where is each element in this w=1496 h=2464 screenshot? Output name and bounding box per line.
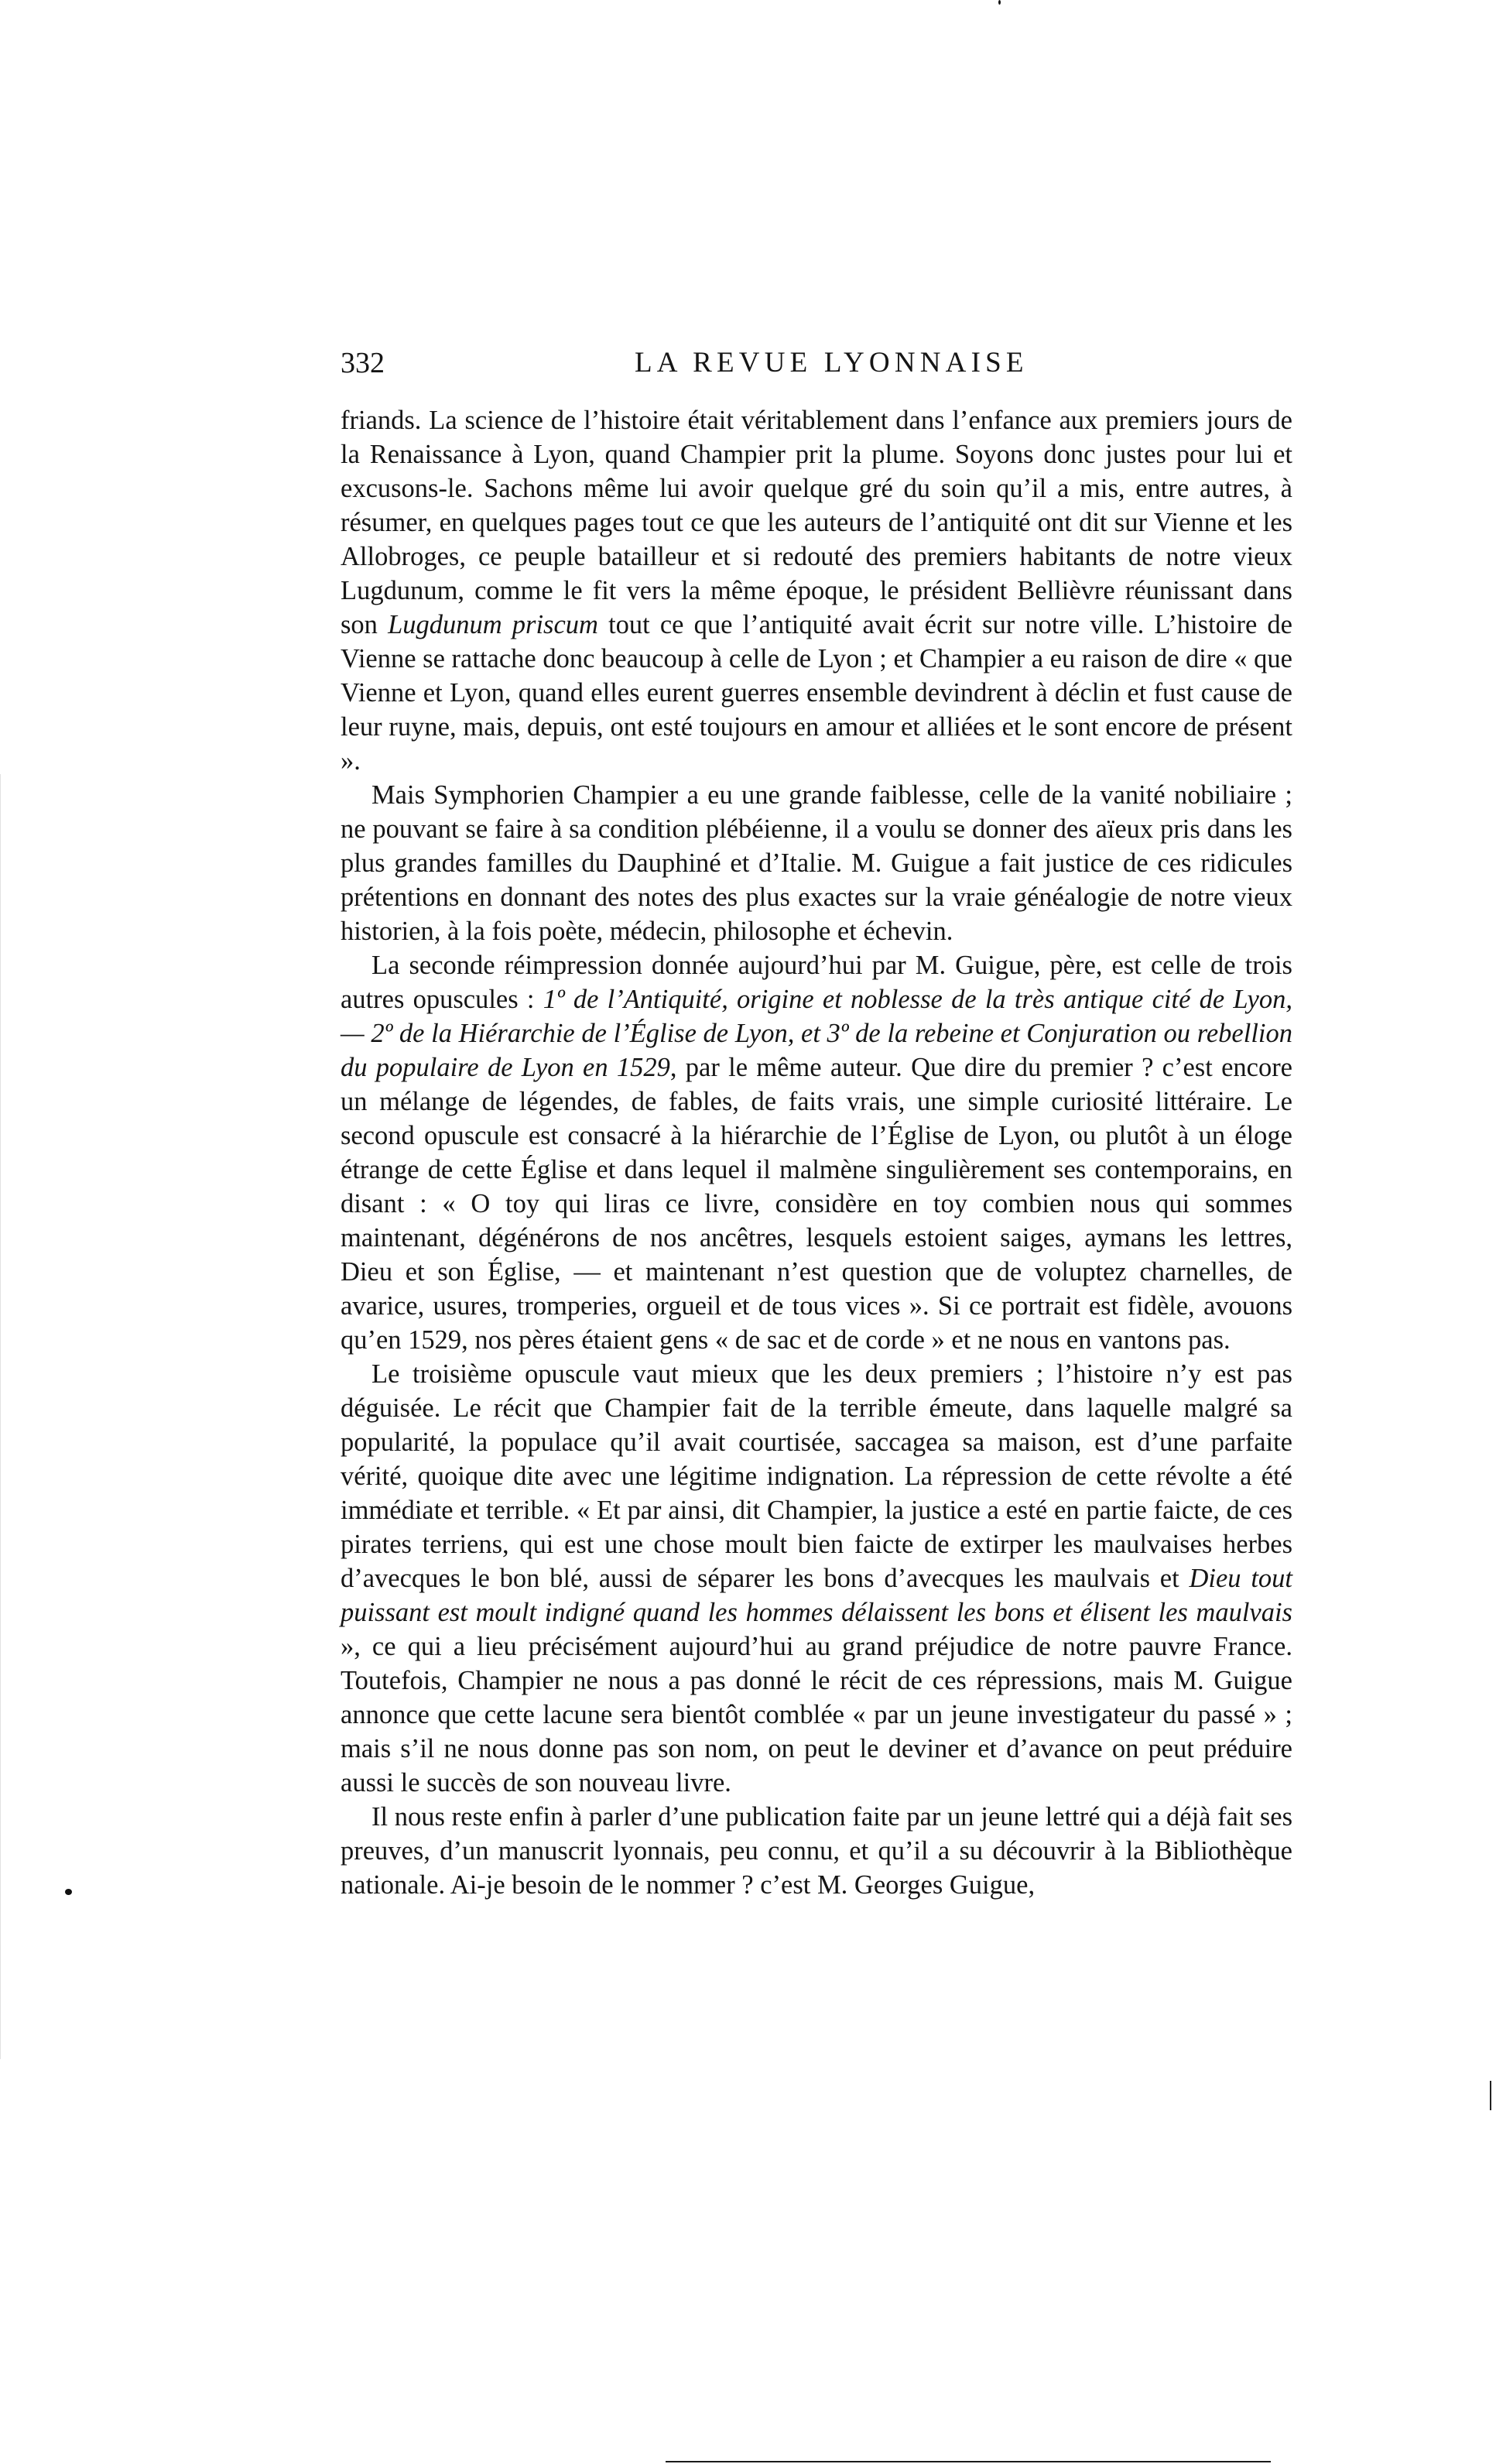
scan-edge-line bbox=[0, 774, 1, 2059]
paragraph: La seconde réimpression donnée aujourd’h… bbox=[341, 948, 1292, 1357]
text-segment: , par le même auteur. Que dire du premie… bbox=[341, 1053, 1292, 1355]
text-segment: Mais Symphorien Champier a eu une grande… bbox=[341, 780, 1292, 946]
journal-title: LA REVUE LYONNAISE bbox=[635, 344, 1029, 382]
text-segment: », ce qui a lieu pré­cisément aujourd’hu… bbox=[341, 1632, 1292, 1797]
text-segment: Il nous reste enfin à parler d’une publi… bbox=[341, 1802, 1292, 1900]
italic-segment: Lugdunum priscum bbox=[388, 610, 598, 639]
body-text: friands. La science de l’histoire était … bbox=[341, 403, 1292, 1902]
page-number: 332 bbox=[341, 344, 385, 382]
text-segment: friands. La science de l’histoire était … bbox=[341, 406, 1292, 639]
scanned-page: 332 LA REVUE LYONNAISE friands. La scien… bbox=[0, 0, 1496, 2464]
scan-speck bbox=[998, 0, 1001, 5]
paragraph: Le troisième opuscule vaut mieux que les… bbox=[341, 1357, 1292, 1800]
scan-speck bbox=[65, 1889, 72, 1895]
scan-edge-mark bbox=[1490, 2081, 1491, 2110]
bottom-rule bbox=[666, 2461, 1271, 2462]
paragraph: Mais Symphorien Champier a eu une grande… bbox=[341, 778, 1292, 948]
running-head: 332 LA REVUE LYONNAISE bbox=[341, 344, 1292, 382]
paragraph: friands. La science de l’histoire était … bbox=[341, 403, 1292, 778]
paragraph: Il nous reste enfin à parler d’une publi… bbox=[341, 1800, 1292, 1902]
text-segment: Le troisième opuscule vaut mieux que les… bbox=[341, 1359, 1292, 1593]
